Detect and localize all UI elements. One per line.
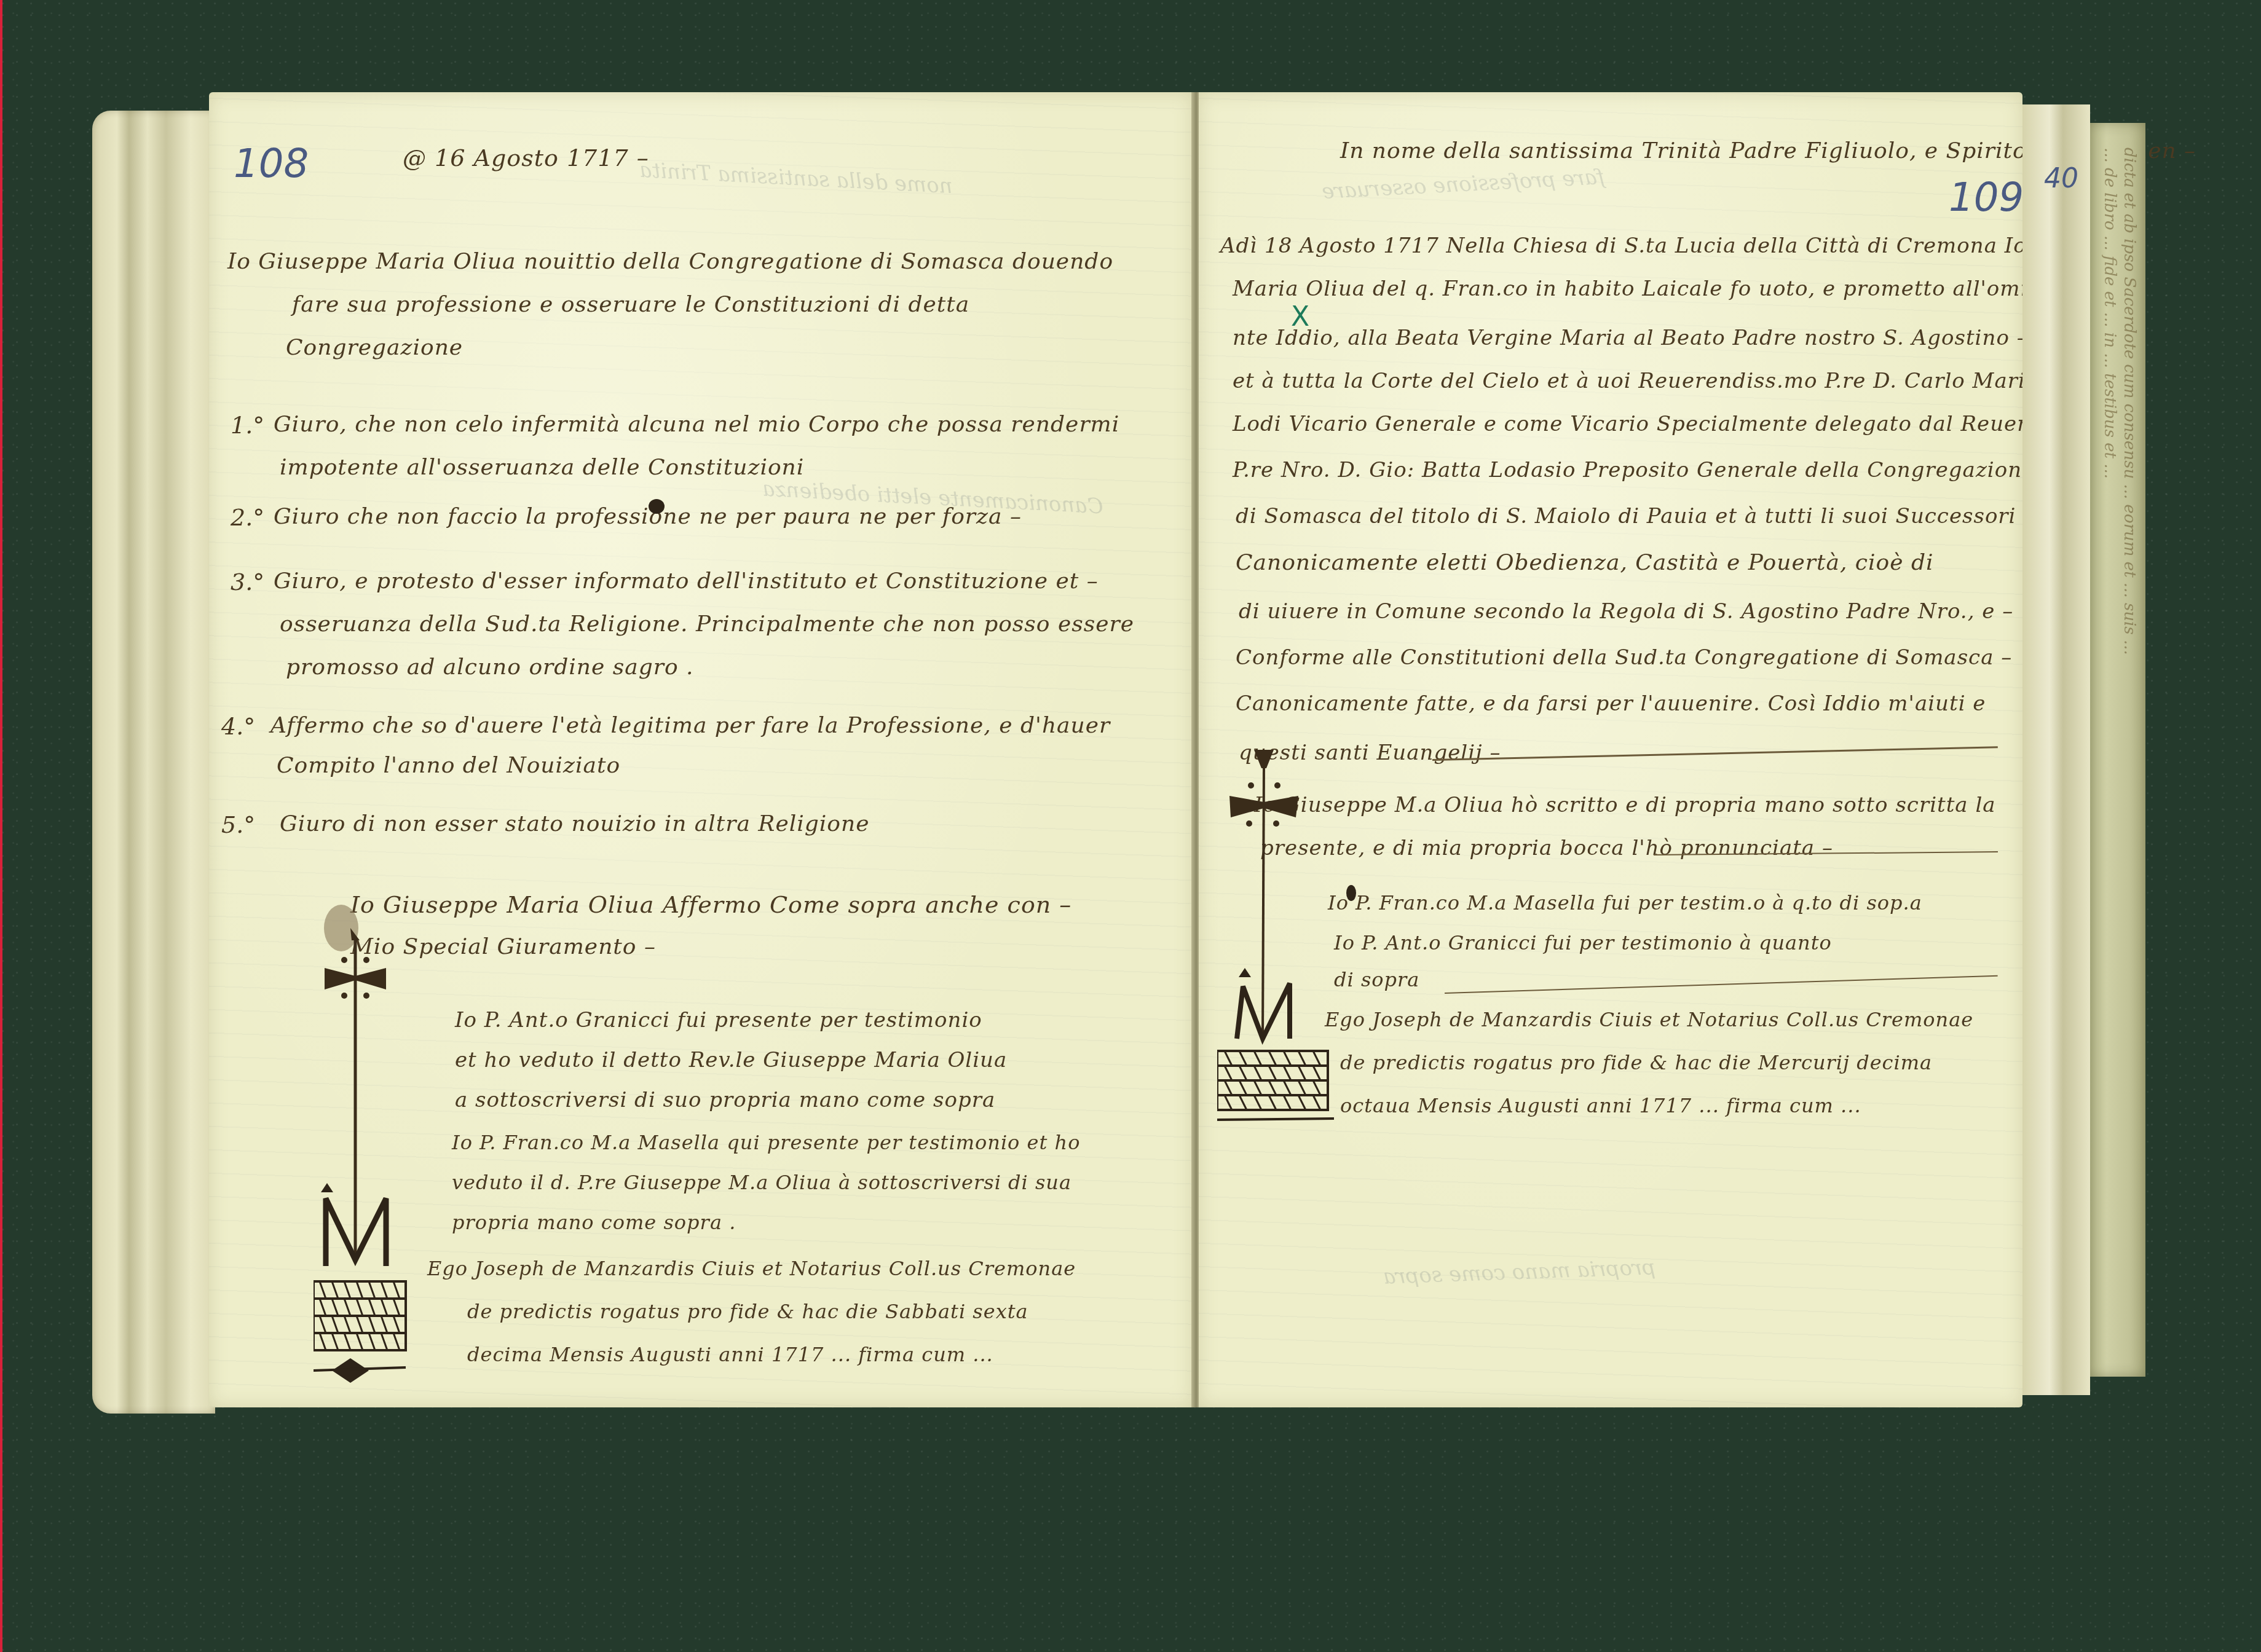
show-through-text: fare professione osseruare xyxy=(1321,165,1605,204)
intro-line-2: fare sua professione e osseruare le Cons… xyxy=(292,292,969,317)
vow-line-5: Lodi Vicario Generale e come Vicario Spe… xyxy=(1233,412,2110,436)
witness-1-line: Io P. Fran.co M.a Masella fui per testim… xyxy=(1328,891,1922,914)
notary-line-1: Ego Joseph de Manzardis Ciuis et Notariu… xyxy=(427,1257,1076,1280)
oath-number: 5.° xyxy=(221,811,255,838)
affirmation-line-1: Io Giuseppe Maria Oliua Affermo Come sop… xyxy=(350,891,1071,918)
oath-number: 3.° xyxy=(231,568,264,596)
witness-2-line-1: Io P. Ant.o Granicci fui per testimonio … xyxy=(1334,931,1832,954)
intro-line-1: Io Giuseppe Maria Oliua nouittio della C… xyxy=(227,249,1113,274)
notarial-monogram-icon xyxy=(314,903,449,1407)
signature-line-1: Io Giuseppe M.a Oliua hò scritto e di pr… xyxy=(1254,793,1996,817)
vow-line-6: P.re Nro. D. Gio: Batta Lodasio Preposit… xyxy=(1233,458,2035,482)
folio-number: 109 xyxy=(1949,175,2024,221)
vow-line-4: et à tutta la Corte del Cielo et à uoi R… xyxy=(1233,369,2038,393)
notary-line-2: de predictis rogatus pro fide & hac die … xyxy=(1340,1051,1932,1074)
oath-3-line-3: promosso ad alcuno ordine sagro . xyxy=(286,655,694,680)
intro-line-3: Congregazione xyxy=(286,335,463,360)
open-book: nome della santissima Trinita Canonicame… xyxy=(92,86,2121,1549)
witness-2-line-3: propria mano come sopra . xyxy=(452,1211,736,1234)
vow-line-3: nte Iddio, alla Beata Vergine Maria al B… xyxy=(1233,326,2028,350)
vow-line-11: Canonicamente fatte, e da farsi per l'au… xyxy=(1236,691,1986,716)
left-page-edges xyxy=(92,111,215,1414)
show-through-text: propria mano come sopra xyxy=(1383,1255,1655,1289)
notary-line-3: decima Mensis Augusti anni 1717 ... firm… xyxy=(467,1343,993,1366)
vow-line-1: Adì 18 Agosto 1717 Nella Chiesa di S.ta … xyxy=(1220,234,2138,258)
left-page-108: nome della santissima Trinita Canonicame… xyxy=(209,92,1193,1407)
right-page-edges: 40 xyxy=(2022,104,2090,1395)
witness-rule xyxy=(1445,975,1998,994)
vow-line-8: Canonicamente eletti Obedienza, Castità … xyxy=(1236,550,1933,575)
vow-line-7: di Somasca del titolo di S. Maiolo di Pa… xyxy=(1236,504,2016,529)
oath-4-line-2: Compito l'anno del Nouiziato xyxy=(277,753,620,778)
oath-4-line-1: Affermo che so d'auere l'età legitima pe… xyxy=(270,713,1110,738)
notarial-monogram-icon xyxy=(1217,744,1352,1162)
notary-line-2: de predictis rogatus pro fide & hac die … xyxy=(467,1300,1028,1323)
witness-2-line-2: veduto il d. P.re Giuseppe M.a Oliua à s… xyxy=(452,1171,1071,1194)
oath-number: 4.° xyxy=(221,713,255,740)
witness-1-line-2: et ho veduto il detto Rev.le Giuseppe Ma… xyxy=(455,1048,1007,1072)
oath-5-line-1: Giuro di non esser stato nouizio in altr… xyxy=(280,811,870,836)
folio-number: 108 xyxy=(234,141,309,187)
witness-1-line-3: a sottoscriversi di suo propria mano com… xyxy=(455,1088,995,1112)
adjacent-folio-number: 40 xyxy=(2044,163,2078,194)
oath-3-line-2: osseruanza della Sud.ta Religione. Princ… xyxy=(280,612,1134,637)
vow-line-9: di uiuere in Comune secondo la Regola di… xyxy=(1239,599,2013,624)
ink-blot xyxy=(649,499,665,514)
notary-line-3: octaua Mensis Augusti anni 1717 ... firm… xyxy=(1340,1094,1861,1117)
scan-edge-marker xyxy=(0,0,2,1652)
right-page-109: fare professione osseruare propria mano … xyxy=(1199,92,2022,1407)
witness-1-line-1: Io P. Ant.o Granicci fui presente per te… xyxy=(455,1008,982,1032)
oath-2-line-1: Giuro che non faccio la professione ne p… xyxy=(274,504,1022,529)
tucked-folded-leaf: dicta et ab ipso Sacerdote cum consensu … xyxy=(2090,123,2145,1377)
oath-number: 2.° xyxy=(231,504,264,531)
vow-line-2: Maria Oliua del q. Fran.co in habito Lai… xyxy=(1233,277,2099,301)
tucked-leaf-faded-text: dicta et ab ipso Sacerdote cum consensu … xyxy=(2100,147,2139,1377)
oath-number: 1.° xyxy=(231,412,264,439)
vow-line-10: Conforme alle Constitutioni della Sud.ta… xyxy=(1236,645,2012,670)
closing-rule xyxy=(1432,746,1998,761)
show-through-text: nome della santissima Trinita xyxy=(639,158,953,199)
notary-line-1: Ego Joseph de Manzardis Ciuis et Notariu… xyxy=(1325,1008,1973,1031)
oath-3-line-1: Giuro, e protesto d'esser informato dell… xyxy=(274,568,1099,594)
date-line: @ 16 Agosto 1717 – xyxy=(403,144,649,171)
oath-1-line-1: Giuro, che non celo infermità alcuna nel… xyxy=(274,412,1119,437)
oath-1-line-2: impotente all'osseruanza delle Constituz… xyxy=(280,455,804,480)
witness-2-line-1: Io P. Fran.co M.a Masella qui presente p… xyxy=(452,1131,1080,1154)
